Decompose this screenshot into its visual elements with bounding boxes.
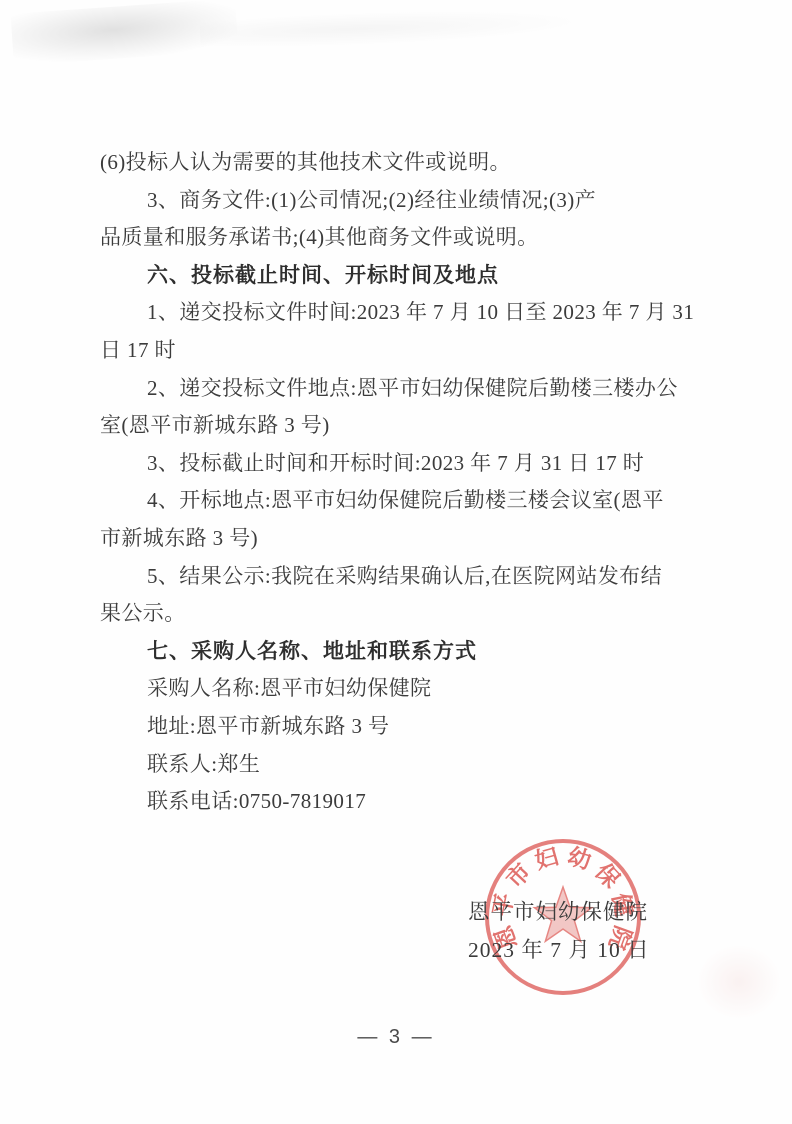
text-line: 品质量和服务承诺书;(4)其他商务文件或说明。 <box>100 219 696 257</box>
section-heading: 六、投标截止时间、开标时间及地点 <box>100 257 696 295</box>
text-line: 市新城东路 3 号) <box>100 520 696 558</box>
text-line: 3、商务文件:(1)公司情况;(2)经往业绩情况;(3)产 <box>100 182 696 220</box>
document-body: (6)投标人认为需要的其他技术文件或说明。3、商务文件:(1)公司情况;(2)经… <box>100 144 696 821</box>
text-line: 4、开标地点:恩平市妇幼保健院后勤楼三楼会议室(恩平 <box>100 482 696 520</box>
text-line: 联系人:郑生 <box>100 746 696 784</box>
text-line: 联系电话:0750-7819017 <box>100 783 696 821</box>
seal-character: 保 <box>590 858 625 893</box>
section-heading: 七、采购人名称、地址和联系方式 <box>100 633 696 671</box>
text-line: 日 17 时 <box>100 332 696 370</box>
scan-artifact-smudge <box>200 5 581 50</box>
text-line: 5、结果公示:我院在采购结果确认后,在医院网站发布结 <box>100 558 696 596</box>
text-line: 1、递交投标文件时间:2023 年 7 月 10 日至 2023 年 7 月 3… <box>100 294 696 332</box>
signature-block: 恩平市妇幼保健院 2023 年 7 月 10 日 <box>468 894 650 969</box>
text-line: (6)投标人认为需要的其他技术文件或说明。 <box>100 144 696 182</box>
text-line: 果公示。 <box>100 595 696 633</box>
scanned-document-page: (6)投标人认为需要的其他技术文件或说明。3、商务文件:(1)公司情况;(2)经… <box>0 0 792 1124</box>
text-line: 室(恩平市新城东路 3 号) <box>100 407 696 445</box>
text-line: 采购人名称:恩平市妇幼保健院 <box>100 670 696 708</box>
scan-artifact-smudge <box>696 944 782 1020</box>
text-line: 2、递交投标文件地点:恩平市妇幼保健院后勤楼三楼办公 <box>100 370 696 408</box>
text-line: 地址:恩平市新城东路 3 号 <box>100 708 696 746</box>
text-line: 3、投标截止时间和开标时间:2023 年 7 月 31 日 17 时 <box>100 445 696 483</box>
signature-date: 2023 年 7 月 10 日 <box>468 932 650 970</box>
page-number: — 3 — <box>0 1026 792 1049</box>
signature-org: 恩平市妇幼保健院 <box>468 894 650 932</box>
seal-character: 幼 <box>565 844 594 874</box>
